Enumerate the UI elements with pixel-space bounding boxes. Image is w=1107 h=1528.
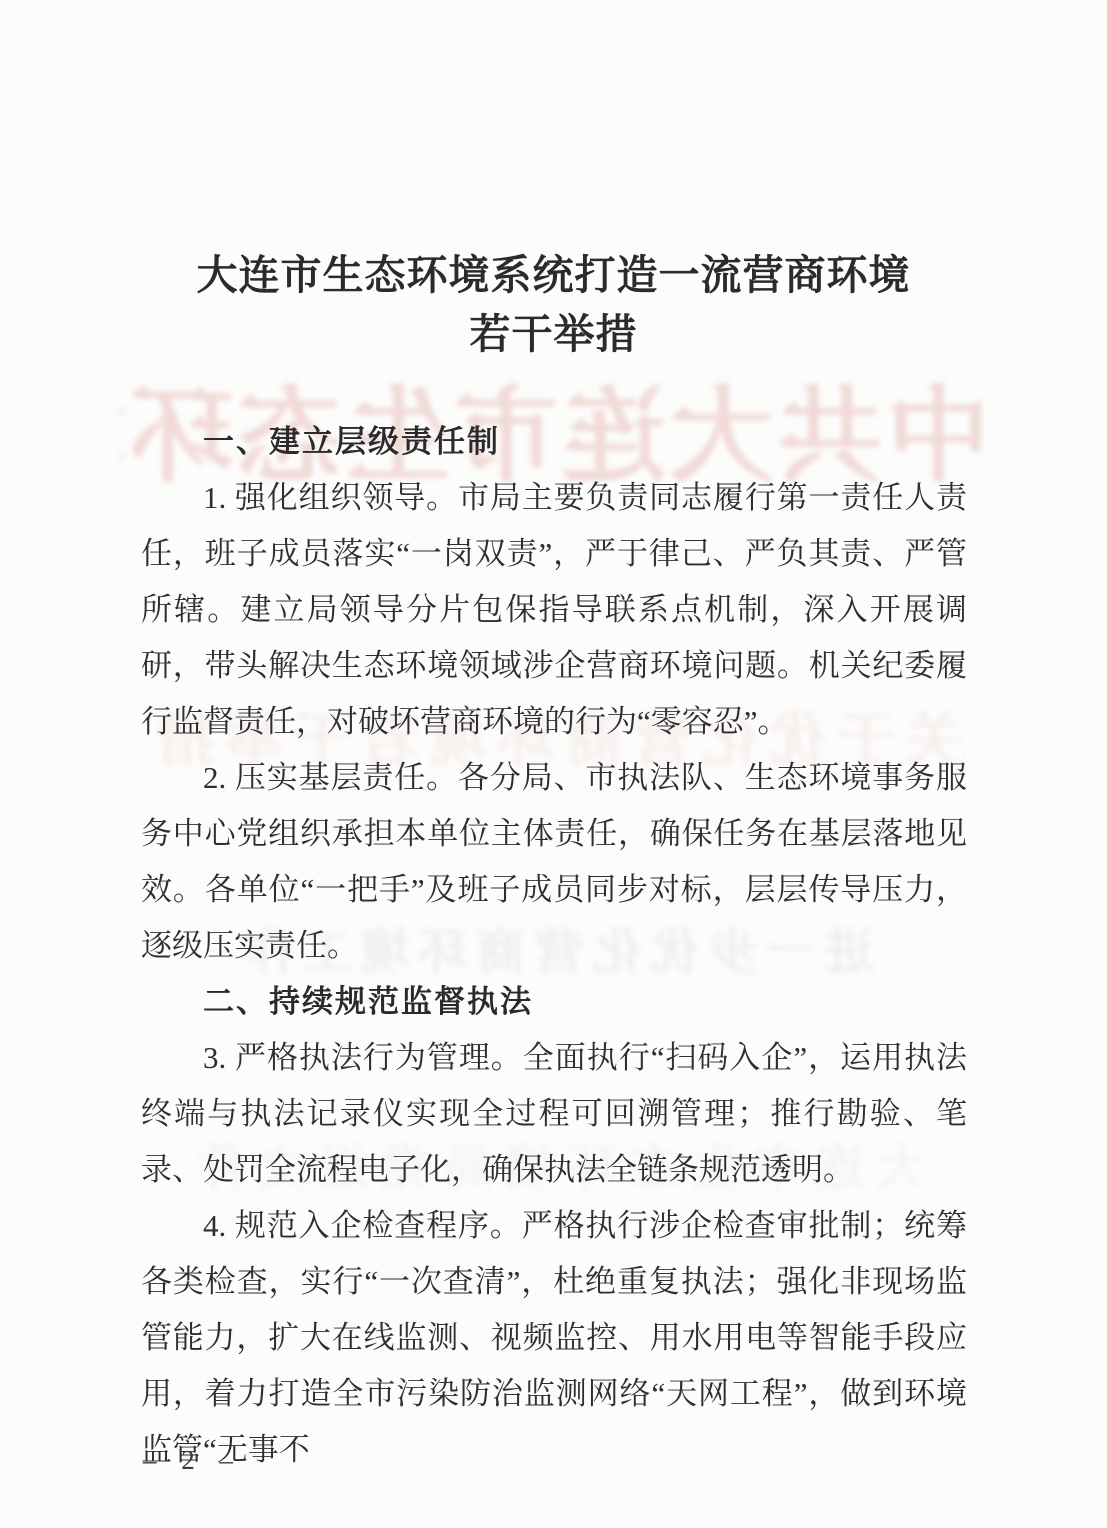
page-number: – 2 – [143,1445,242,1476]
document-title-line1: 大连市生态环境系统打造一流营商环境 [140,246,967,305]
section-2-paragraph-1: 3. 严格执法行为管理。全面执行“扫码入企”，运用执法终端与执法记录仪实现全过程… [141,1030,967,1198]
section-1-paragraph-2: 2. 压实基层责任。各分局、市执法队、生态环境事务服务中心党组织承担本单位主体责… [141,750,967,974]
section-1-heading: 一、建立层级责任制 [141,414,967,470]
section-2-paragraph-2: 4. 规范入企检查程序。严格执行涉企检查审批制；统筹各类检查，实行“一次查清”，… [141,1198,967,1478]
scanned-document-page: 中共大连市生态环境局文件 关于优化营商环境若干举措 进一步优化营商环境工作 大连… [0,0,1107,1528]
section-1-paragraph-1: 1. 强化组织领导。市局主要负责同志履行第一责任人责任，班子成员落实“一岗双责”… [141,470,967,750]
section-2-heading: 二、持续规范监督执法 [141,974,967,1030]
document-title-line2: 若干举措 [140,305,967,364]
document-body: 一、建立层级责任制 1. 强化组织领导。市局主要负责同志履行第一责任人责任，班子… [141,414,967,1478]
document-title: 大连市生态环境系统打造一流营商环境 若干举措 [140,246,967,364]
